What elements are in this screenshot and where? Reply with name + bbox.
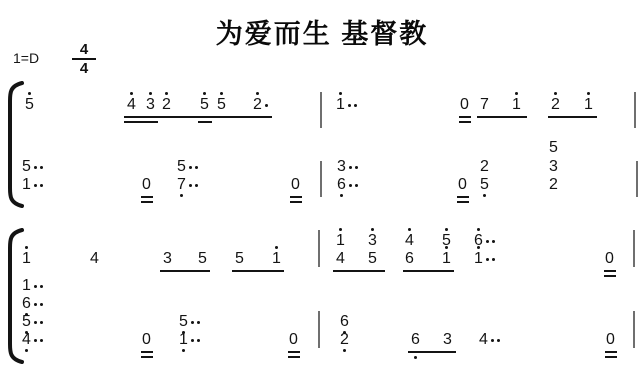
- note: 3: [163, 251, 172, 266]
- beam: [232, 270, 284, 272]
- octave-dot-down: [414, 356, 417, 359]
- beam: [403, 270, 454, 272]
- note: 5: [22, 159, 31, 174]
- note: 1: [22, 251, 31, 266]
- beam: [477, 116, 527, 118]
- rest-underline: [290, 196, 302, 198]
- note: 5: [480, 177, 489, 192]
- sheet-music-page: 为爱而生 基督教 1=D 4 4 54325521071215105703602…: [0, 0, 644, 369]
- note: 3: [549, 159, 558, 174]
- rest-underline: [288, 351, 300, 353]
- note: 1: [336, 97, 345, 112]
- rest-underline: [457, 196, 469, 198]
- key-signature: 1=D: [13, 50, 39, 66]
- duration-dot: [40, 166, 43, 169]
- rest: 0: [142, 177, 151, 192]
- octave-dot-up: [445, 246, 448, 249]
- octave-dot-up: [256, 92, 259, 95]
- duration-dot: [491, 339, 494, 342]
- duration-dot: [34, 321, 37, 324]
- octave-dot-up: [371, 228, 374, 231]
- beam: [158, 116, 272, 118]
- note: 7: [480, 97, 489, 112]
- note: 6: [405, 251, 414, 266]
- beam: [124, 116, 158, 118]
- rest-underline: [605, 351, 617, 353]
- barline: [320, 92, 322, 128]
- duration-dot: [40, 321, 43, 324]
- note: 2: [162, 97, 171, 112]
- octave-dot-up: [445, 228, 448, 231]
- barline: [318, 230, 320, 267]
- octave-dot-up: [165, 92, 168, 95]
- duration-dot: [34, 303, 37, 306]
- rest-underline: [141, 351, 153, 353]
- duration-dot: [34, 184, 37, 187]
- octave-dot-up: [339, 92, 342, 95]
- note: 1: [22, 177, 31, 192]
- octave-dot-up: [25, 246, 28, 249]
- duration-dot: [195, 166, 198, 169]
- note: 2: [480, 159, 489, 174]
- beam: [408, 351, 456, 353]
- barline: [633, 230, 635, 267]
- duration-dot: [492, 240, 495, 243]
- octave-dot-down: [180, 194, 183, 197]
- note: 4: [127, 97, 136, 112]
- duration-dot: [349, 184, 352, 187]
- duration-dot: [348, 104, 351, 107]
- octave-dot-down: [25, 349, 28, 352]
- rest: 0: [142, 332, 151, 347]
- note: 6: [337, 177, 346, 192]
- rest-underline: [459, 116, 471, 118]
- note: 5: [177, 159, 186, 174]
- time-signature-numerator: 4: [72, 41, 96, 58]
- duration-dot: [349, 166, 352, 169]
- octave-dot-down: [483, 194, 486, 197]
- note: 4: [405, 233, 414, 248]
- note: 6: [22, 296, 31, 311]
- octave-dot-up: [554, 92, 557, 95]
- duration-dot: [40, 339, 43, 342]
- note: 1: [336, 233, 345, 248]
- note: 5: [368, 251, 377, 266]
- octave-dot-down: [340, 194, 343, 197]
- note: 1: [442, 251, 451, 266]
- octave-dot-up: [275, 246, 278, 249]
- note: 2: [549, 177, 558, 192]
- note: 4: [479, 332, 488, 347]
- note: 1: [474, 251, 483, 266]
- octave-dot-up: [477, 246, 480, 249]
- octave-dot-up: [515, 92, 518, 95]
- note: 5: [235, 251, 244, 266]
- barline: [633, 311, 635, 348]
- barline: [636, 161, 638, 197]
- octave-dot-up: [203, 92, 206, 95]
- duration-dot: [354, 104, 357, 107]
- duration-dot: [34, 285, 37, 288]
- rest-underline: [141, 196, 153, 198]
- note: 1: [272, 251, 281, 266]
- barline: [318, 311, 320, 348]
- rest-underline: [604, 275, 616, 277]
- rest: 0: [291, 177, 300, 192]
- barline: [634, 92, 636, 128]
- note: 5: [25, 97, 34, 112]
- note: 1: [179, 332, 188, 347]
- song-title: 为爱而生 基督教: [0, 12, 644, 51]
- note: 4: [336, 251, 345, 266]
- beam: [333, 270, 385, 272]
- time-signature: 4 4: [72, 41, 96, 77]
- note: 7: [177, 177, 186, 192]
- barline: [320, 161, 322, 197]
- note: 3: [337, 159, 346, 174]
- note: 6: [340, 314, 349, 329]
- rest-underline: [604, 270, 616, 272]
- note: 4: [90, 251, 99, 266]
- duration-dot: [189, 184, 192, 187]
- rest: 0: [605, 251, 614, 266]
- duration-dot: [195, 184, 198, 187]
- beam: [548, 116, 597, 118]
- duration-dot: [497, 339, 500, 342]
- note: 5: [549, 140, 558, 155]
- octave-dot-up: [28, 92, 31, 95]
- duration-dot: [34, 166, 37, 169]
- note: 2: [253, 97, 262, 112]
- note: 5: [198, 251, 207, 266]
- rest-underline: [141, 356, 153, 358]
- duration-dot: [197, 339, 200, 342]
- note: 5: [200, 97, 209, 112]
- beam: [124, 121, 158, 123]
- note: 5: [22, 314, 31, 329]
- rest-underline: [290, 201, 302, 203]
- octave-dot-up: [339, 228, 342, 231]
- note: 1: [22, 278, 31, 293]
- duration-dot: [492, 258, 495, 261]
- duration-dot: [486, 258, 489, 261]
- duration-dot: [40, 184, 43, 187]
- duration-dot: [265, 104, 268, 107]
- note: 1: [512, 97, 521, 112]
- rest-underline: [605, 356, 617, 358]
- beam: [198, 121, 212, 123]
- note: 3: [368, 233, 377, 248]
- duration-dot: [197, 321, 200, 324]
- duration-dot: [189, 166, 192, 169]
- octave-dot-up: [408, 228, 411, 231]
- rest: 0: [460, 97, 469, 112]
- rest-underline: [457, 201, 469, 203]
- octave-dot-down: [182, 349, 185, 352]
- beam: [160, 270, 210, 272]
- duration-dot: [40, 303, 43, 306]
- octave-dot-up: [149, 92, 152, 95]
- note: 3: [146, 97, 155, 112]
- note: 3: [443, 332, 452, 347]
- rest-underline: [459, 121, 471, 123]
- duration-dot: [34, 339, 37, 342]
- rest-underline: [288, 356, 300, 358]
- time-signature-denominator: 4: [72, 60, 96, 77]
- rest-underline: [141, 201, 153, 203]
- note: 5: [217, 97, 226, 112]
- rest: 0: [606, 332, 615, 347]
- duration-dot: [355, 166, 358, 169]
- rest: 0: [458, 177, 467, 192]
- octave-dot-up: [477, 228, 480, 231]
- note: 2: [551, 97, 560, 112]
- note: 2: [340, 332, 349, 347]
- duration-dot: [355, 184, 358, 187]
- note: 5: [179, 314, 188, 329]
- octave-dot-down: [343, 349, 346, 352]
- octave-dot-up: [130, 92, 133, 95]
- note: 1: [584, 97, 593, 112]
- duration-dot: [191, 321, 194, 324]
- octave-dot-up: [587, 92, 590, 95]
- duration-dot: [486, 240, 489, 243]
- note: 6: [411, 332, 420, 347]
- note: 4: [22, 332, 31, 347]
- duration-dot: [191, 339, 194, 342]
- duration-dot: [40, 285, 43, 288]
- octave-dot-up: [220, 92, 223, 95]
- rest: 0: [289, 332, 298, 347]
